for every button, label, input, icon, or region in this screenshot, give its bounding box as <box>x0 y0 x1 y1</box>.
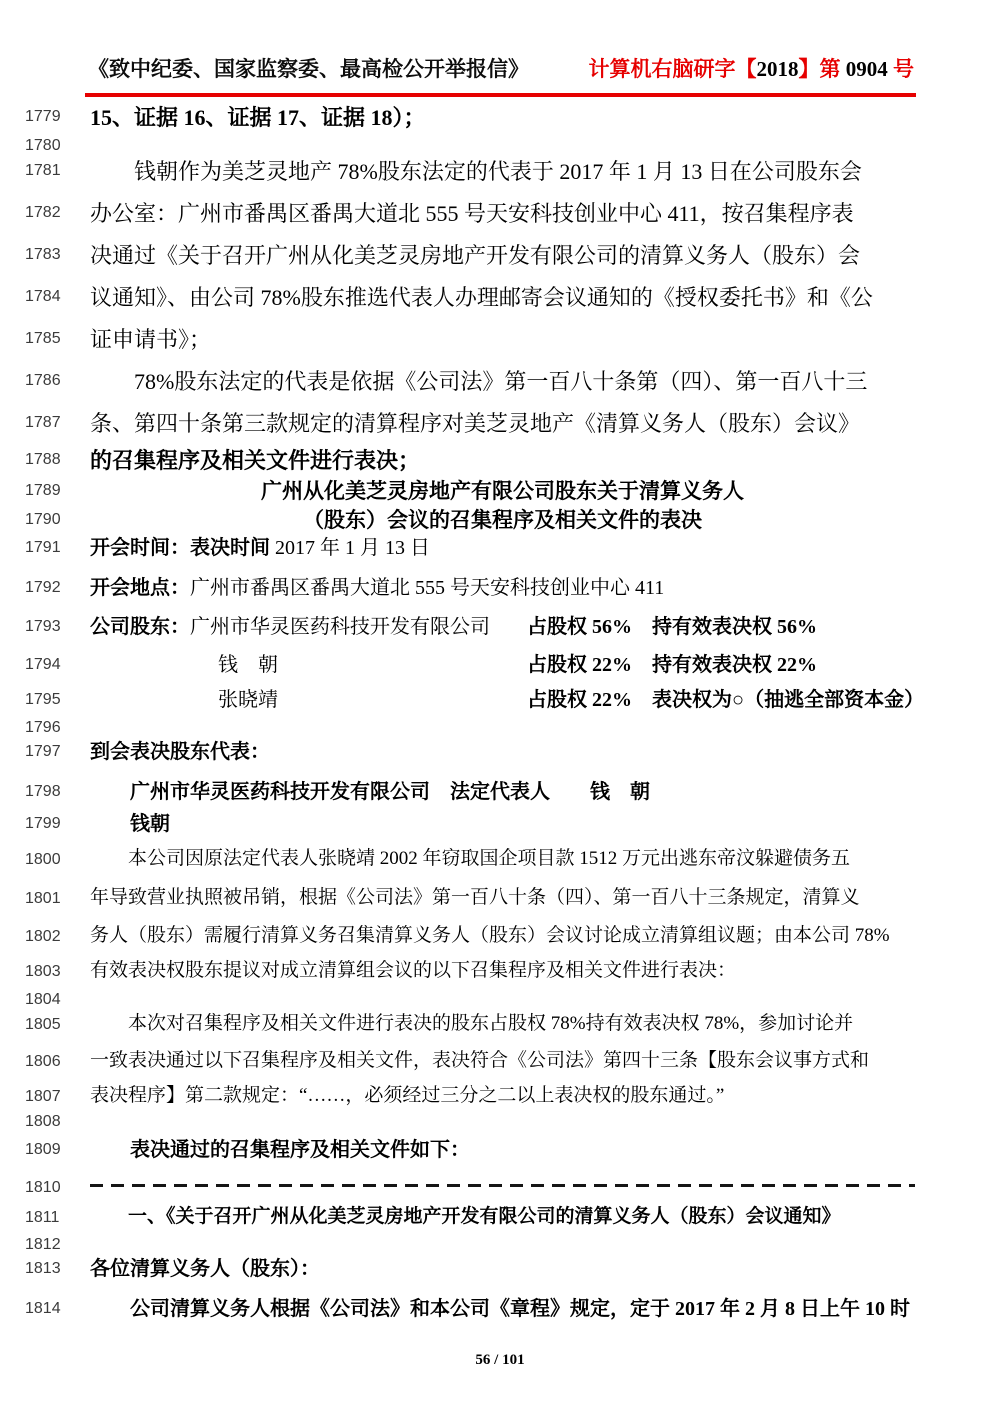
doc-number-segment: 2018 <box>757 57 799 81</box>
text-segment: 15、证据 16、证据 17、证据 18）； <box>90 105 426 130</box>
line-row: 1792开会地点：广州市番禺区番禺大道北 555 号天安科技创业中心 411 <box>0 575 1000 614</box>
text-segment: 到会表决股东代表： <box>90 741 270 763</box>
line-row: 1805本次对召集程序及相关文件进行表决的股东占股权 78%持有效表决权 78%… <box>0 1012 1000 1049</box>
line-text: 本公司因原法定代表人张晓靖 2002 年窃取国企项目款 1512 万元出逃东帝汶… <box>90 847 1000 872</box>
text-segment: 张晓靖 <box>218 689 278 711</box>
page-header: 《致中纪委、国家监察委、最高检公开举报信》 计算机右脑研字【2018】第 090… <box>88 56 914 83</box>
line-number: 1788 <box>0 447 62 471</box>
line-row: 1787条、第四十条第三款规定的清算程序对美芝灵地产《清算义务人（股东）会议》 <box>0 410 1000 447</box>
text-segment: 的召集程序及相关文件进行表决； <box>90 448 420 473</box>
line-row: 1813各位清算义务人（股东）： <box>0 1256 1000 1296</box>
page-number: 56 / 101 <box>475 1352 524 1368</box>
line-number: 1807 <box>0 1084 62 1108</box>
dashed-separator <box>90 1184 915 1187</box>
line-number: 1795 <box>0 687 62 711</box>
line-text: 开会时间：表决时间 2017 年 1 月 13 日 <box>90 535 1000 561</box>
line-number: 1814 <box>0 1296 62 1320</box>
line-number: 1804 <box>0 987 62 1011</box>
text-segment: 公司股东： <box>90 616 190 638</box>
header-underline <box>85 93 916 97</box>
line-number: 1805 <box>0 1012 62 1036</box>
line-number: 1779 <box>0 104 62 128</box>
text-segment: 办公室：广州市番禺区番禺大道北 555 号天安科技创业中心 411，按召集程序表 <box>90 201 854 226</box>
doc-number-segment: 】第 <box>799 57 846 81</box>
shareholding-column: 占股权 22% 表决权为○（抽逃全部资本金） <box>527 687 924 713</box>
line-text: 本次对召集程序及相关文件进行表决的股东占股权 78%持有效表决权 78%，参加讨… <box>90 1012 1000 1037</box>
text-segment: 占股权 22% 持有效表决权 22% <box>527 654 817 676</box>
text-segment: 2017 年 1 月 13 日 <box>270 537 430 559</box>
shareholding-column: 占股权 56% 持有效表决权 56% <box>527 614 817 640</box>
line-row: 1814公司清算义务人根据《公司法》和本公司《章程》规定，定于 2017 年 2… <box>0 1296 1000 1336</box>
line-text: （股东）会议的召集程序及相关文件的表决 <box>90 507 1000 534</box>
line-text: 一致表决通过以下召集程序及相关文件，表决符合《公司法》第四十三条【股东会议事方式… <box>90 1049 1000 1074</box>
line-row: 1789广州从化美芝灵房地产有限公司股东关于清算义务人 <box>0 478 1000 507</box>
text-segment: 本次对召集程序及相关文件进行表决的股东占股权 78%持有效表决权 78%，参加讨… <box>128 1013 853 1034</box>
line-number: 1791 <box>0 535 62 559</box>
page-footer: 56 / 101 <box>0 1352 1000 1369</box>
text-segment: 一、《关于召开广州从化美芝灵房地产开发有限公司的清算义务人（股东）会议通知》 <box>128 1206 841 1227</box>
text-segment: 有效表决权股东提议对成立清算组会议的以下召集程序及相关文件进行表决： <box>90 960 736 981</box>
line-row: 1781钱朝作为美芝灵地产 78%股东法定的代表于 2017 年 1 月 13 … <box>0 158 1000 200</box>
line-number: 1811 <box>0 1205 62 1229</box>
header-doc-number: 计算机右脑研字【2018】第 0904 号 <box>589 56 915 83</box>
line-row: 1791开会时间：表决时间 2017 年 1 月 13 日 <box>0 535 1000 575</box>
text-segment: 一致表决通过以下召集程序及相关文件，表决符合《公司法》第四十三条【股东会议事方式… <box>90 1050 869 1071</box>
line-row: 1785证申请书》； <box>0 326 1000 368</box>
line-text: 各位清算义务人（股东）： <box>90 1256 1000 1282</box>
text-segment: 广州市华灵医药科技开发有限公司 <box>190 616 490 638</box>
text-segment: 占股权 22% 表决权为○（抽逃全部资本金） <box>527 689 924 711</box>
line-text: 年导致营业执照被吊销，根据《公司法》第一百八十条（四）、第一百八十三条规定，清算… <box>90 886 1000 911</box>
line-row: 1788的召集程序及相关文件进行表决； <box>0 447 1000 478</box>
line-row: 1797到会表决股东代表： <box>0 739 1000 779</box>
line-number: 1784 <box>0 284 62 308</box>
line-text: 决通过《关于召开广州从化美芝灵房地产开发有限公司的清算义务人（股东）会 <box>90 242 1000 271</box>
line-row: 1808 <box>0 1109 1000 1137</box>
line-row: 1801年导致营业执照被吊销，根据《公司法》第一百八十条（四）、第一百八十三条规… <box>0 886 1000 924</box>
line-row: 1782办公室：广州市番禺区番禺大道北 555 号天安科技创业中心 411，按召… <box>0 200 1000 242</box>
line-text: 广州从化美芝灵房地产有限公司股东关于清算义务人 <box>90 478 1000 505</box>
text-segment: （股东）会议的召集程序及相关文件的表决 <box>303 508 702 532</box>
line-number: 1789 <box>0 478 62 502</box>
line-row: 1800本公司因原法定代表人张晓靖 2002 年窃取国企项目款 1512 万元出… <box>0 847 1000 886</box>
doc-number-segment: 0904 <box>846 57 888 81</box>
line-number: 1801 <box>0 886 62 910</box>
line-text: 的召集程序及相关文件进行表决； <box>90 447 1000 476</box>
line-text: 表决程序】第二款规定：“……，必须经过三分之二以上表决权的股东通过。” <box>90 1084 1000 1109</box>
line-row: 1780 <box>0 133 1000 158</box>
line-row: 1811一、《关于召开广州从化美芝灵房地产开发有限公司的清算义务人（股东）会议通… <box>0 1205 1000 1232</box>
text-segment: 年导致营业执照被吊销，根据《公司法》第一百八十条（四）、第一百八十三条规定，清算… <box>90 887 860 908</box>
line-number: 1796 <box>0 715 62 739</box>
line-row: 1795张晓靖占股权 22% 表决权为○（抽逃全部资本金） <box>0 687 1000 715</box>
line-number: 1783 <box>0 242 62 266</box>
line-row: 1796 <box>0 715 1000 739</box>
line-number: 1813 <box>0 1256 62 1280</box>
line-number: 1793 <box>0 614 62 638</box>
dashed-separator-line <box>90 1175 1000 1187</box>
line-text: 钱朝作为美芝灵地产 78%股东法定的代表于 2017 年 1 月 13 日在公司… <box>90 158 1000 187</box>
line-row: 1784议通知》、由公司 78%股东推选代表人办理邮寄会议通知的《授权委托书》和… <box>0 284 1000 326</box>
doc-number-segment: 计算机右脑研字【 <box>589 57 757 81</box>
text-segment: 开会地点： <box>90 577 190 599</box>
text-segment: 公司清算义务人根据《公司法》和本公司《章程》规定，定于 2017 年 2 月 8… <box>130 1298 910 1320</box>
text-segment: 钱朝作为美芝灵地产 78%股东法定的代表于 2017 年 1 月 13 日在公司… <box>134 159 862 184</box>
line-row: 1802务人（股东）需履行清算义务召集清算义务人（股东）会议讨论成立清算组议题；… <box>0 924 1000 959</box>
text-segment: 78%股东法定的代表是依据《公司法》第一百八十条第（四）、第一百八十三 <box>134 369 867 394</box>
text-segment: 决通过《关于召开广州从化美芝灵房地产开发有限公司的清算义务人（股东）会 <box>90 243 860 268</box>
line-text: 开会地点：广州市番禺区番禺大道北 555 号天安科技创业中心 411 <box>90 575 1000 601</box>
document-page: 《致中纪委、国家监察委、最高检公开举报信》 计算机右脑研字【2018】第 090… <box>0 0 1000 1413</box>
line-number: 1809 <box>0 1137 62 1161</box>
line-text: 有效表决权股东提议对成立清算组会议的以下召集程序及相关文件进行表决： <box>90 959 1000 984</box>
text-segment: 本公司因原法定代表人张晓靖 2002 年窃取国企项目款 1512 万元出逃东帝汶… <box>128 848 850 869</box>
line-row: 177915、证据 16、证据 17、证据 18）； <box>0 104 1000 133</box>
line-number: 1810 <box>0 1175 62 1199</box>
line-number: 1787 <box>0 410 62 434</box>
shareholding-column: 占股权 22% 持有效表决权 22% <box>527 652 817 678</box>
line-text: 办公室：广州市番禺区番禺大道北 555 号天安科技创业中心 411，按召集程序表 <box>90 200 1000 229</box>
text-segment: 务人（股东）需履行清算义务召集清算义务人（股东）会议讨论成立清算组议题；由本公司… <box>90 925 890 946</box>
line-row: 1812 <box>0 1232 1000 1256</box>
text-segment: 各位清算义务人（股东）： <box>90 1258 320 1280</box>
text-segment: 表决通过的召集程序及相关文件如下： <box>130 1139 470 1161</box>
line-text: 张晓靖占股权 22% 表决权为○（抽逃全部资本金） <box>90 687 1000 713</box>
line-number: 1798 <box>0 779 62 803</box>
line-text: 证申请书》； <box>90 326 1000 355</box>
line-text: 公司股东：广州市华灵医药科技开发有限公司占股权 56% 持有效表决权 56% <box>90 614 1000 640</box>
text-segment: 开会时间：表决时间 <box>90 537 270 559</box>
doc-number-segment: 号 <box>888 57 914 81</box>
line-text: 钱朝 <box>90 811 1000 837</box>
line-row: 1790（股东）会议的召集程序及相关文件的表决 <box>0 507 1000 535</box>
line-row: 1809表决通过的召集程序及相关文件如下： <box>0 1137 1000 1175</box>
line-text: 一、《关于召开广州从化美芝灵房地产开发有限公司的清算义务人（股东）会议通知》 <box>90 1205 1000 1230</box>
text-segment: 议通知》、由公司 78%股东推选代表人办理邮寄会议通知的《授权委托书》和《公 <box>90 285 873 310</box>
line-row: 1798广州市华灵医药科技开发有限公司 法定代表人 钱 朝 <box>0 779 1000 811</box>
text-segment: 广州市番禺区番禺大道北 555 号天安科技创业中心 411 <box>190 577 664 599</box>
line-text: 议通知》、由公司 78%股东推选代表人办理邮寄会议通知的《授权委托书》和《公 <box>90 284 1000 313</box>
line-text: 15、证据 16、证据 17、证据 18）； <box>90 104 1000 133</box>
line-row: 1806一致表决通过以下召集程序及相关文件，表决符合《公司法》第四十三条【股东会… <box>0 1049 1000 1084</box>
text-segment: 广州从化美芝灵房地产有限公司股东关于清算义务人 <box>261 479 744 503</box>
line-number: 1782 <box>0 200 62 224</box>
line-row: 178678%股东法定的代表是依据《公司法》第一百八十条第（四）、第一百八十三 <box>0 368 1000 410</box>
line-row: 1799钱朝 <box>0 811 1000 847</box>
line-text: 到会表决股东代表： <box>90 739 1000 765</box>
line-number: 1792 <box>0 575 62 599</box>
line-number: 1794 <box>0 652 62 676</box>
line-row: 1793公司股东：广州市华灵医药科技开发有限公司占股权 56% 持有效表决权 5… <box>0 614 1000 652</box>
header-title: 《致中纪委、国家监察委、最高检公开举报信》 <box>88 56 529 83</box>
text-segment: 证申请书》； <box>90 327 211 352</box>
line-number: 1800 <box>0 847 62 871</box>
text-segment: 钱朝 <box>130 813 170 835</box>
line-number: 1812 <box>0 1232 62 1256</box>
line-text: 务人（股东）需履行清算义务召集清算义务人（股东）会议讨论成立清算组议题；由本公司… <box>90 924 1000 949</box>
line-number: 1790 <box>0 507 62 531</box>
line-number: 1802 <box>0 924 62 948</box>
line-number: 1808 <box>0 1109 62 1133</box>
line-row: 1804 <box>0 987 1000 1012</box>
line-text: 公司清算义务人根据《公司法》和本公司《章程》规定，定于 2017 年 2 月 8… <box>90 1296 1000 1322</box>
line-row: 1794钱 朝占股权 22% 持有效表决权 22% <box>0 652 1000 687</box>
line-number: 1781 <box>0 158 62 182</box>
line-number: 1803 <box>0 959 62 983</box>
line-text: 条、第四十条第三款规定的清算程序对美芝灵地产《清算义务人（股东）会议》 <box>90 410 1000 439</box>
line-number: 1806 <box>0 1049 62 1073</box>
line-row: 1807表决程序】第二款规定：“……，必须经过三分之二以上表决权的股东通过。” <box>0 1084 1000 1109</box>
line-row: 1803有效表决权股东提议对成立清算组会议的以下召集程序及相关文件进行表决： <box>0 959 1000 987</box>
line-number: 1785 <box>0 326 62 350</box>
document-body: 177915、证据 16、证据 17、证据 18）；17801781钱朝作为美芝… <box>0 104 1000 1336</box>
line-number: 1799 <box>0 811 62 835</box>
line-row: 1783决通过《关于召开广州从化美芝灵房地产开发有限公司的清算义务人（股东）会 <box>0 242 1000 284</box>
text-segment: 条、第四十条第三款规定的清算程序对美芝灵地产《清算义务人（股东）会议》 <box>90 411 860 436</box>
line-text: 表决通过的召集程序及相关文件如下： <box>90 1137 1000 1163</box>
line-text: 78%股东法定的代表是依据《公司法》第一百八十条第（四）、第一百八十三 <box>90 368 1000 397</box>
line-text: 钱 朝占股权 22% 持有效表决权 22% <box>90 652 1000 678</box>
line-row: 1810 <box>0 1175 1000 1205</box>
text-segment: 表决程序】第二款规定：“……，必须经过三分之二以上表决权的股东通过。” <box>90 1085 724 1106</box>
line-number: 1786 <box>0 368 62 392</box>
line-text: 广州市华灵医药科技开发有限公司 法定代表人 钱 朝 <box>90 779 1000 805</box>
line-number: 1797 <box>0 739 62 763</box>
text-segment: 占股权 56% 持有效表决权 56% <box>527 616 817 638</box>
text-segment: 钱 朝 <box>218 654 278 676</box>
text-segment: 广州市华灵医药科技开发有限公司 法定代表人 钱 朝 <box>130 781 650 803</box>
line-number: 1780 <box>0 133 62 157</box>
